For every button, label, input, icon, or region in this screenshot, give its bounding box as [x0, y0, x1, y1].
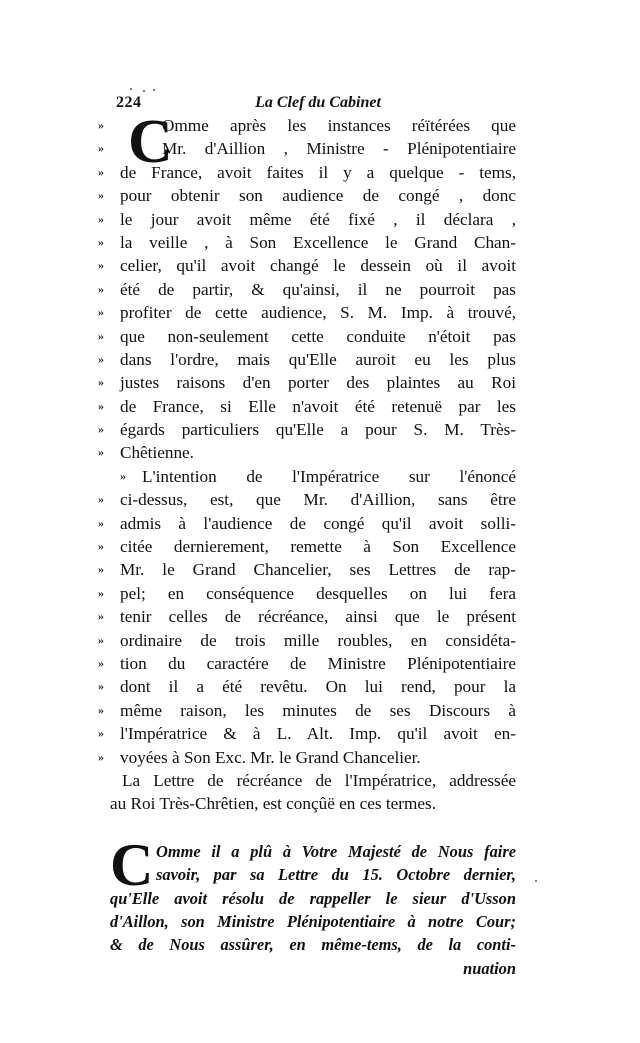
- quote-marker: »: [98, 161, 104, 184]
- text-line: »la veille , à Son Excellence le Grand C…: [120, 231, 516, 254]
- text-line: »Chêtienne.: [120, 441, 516, 464]
- scan-speck: [535, 880, 537, 882]
- text-line: »Mr. le Grand Chancelier, ses Lettres de…: [120, 558, 516, 581]
- text-line: »ordinaire de trois mille roubles, en co…: [120, 629, 516, 652]
- quote-marker: »: [98, 441, 104, 464]
- text-line: d'Aillon, son Ministre Plénipotentiaire …: [110, 910, 516, 933]
- first-passage: C »Omme après les instances réïtérées qu…: [120, 114, 516, 465]
- text-line: »même raison, les minutes de ses Discour…: [120, 699, 516, 722]
- quote-marker: »: [98, 114, 104, 137]
- text-line: »dans l'ordre, mais qu'Elle auroit eu le…: [120, 348, 516, 371]
- text-line: »justes raisons d'en porter des plaintes…: [120, 371, 516, 394]
- running-head: 224 La Clef du Cabinet: [120, 92, 516, 114]
- quote-marker: »: [98, 395, 104, 418]
- text-line: Omme il a plû à Votre Majesté de Nous fa…: [110, 840, 516, 863]
- letter-intro: La Lettre de récréance de l'Impératrice,…: [110, 769, 516, 816]
- text-line: »voyées à Son Exc. Mr. le Grand Chanceli…: [120, 746, 516, 769]
- text-line: »été de partir, & qu'ainsi, il ne pourro…: [120, 278, 516, 301]
- text-line: »dont il a été revêtu. On lui rend, pour…: [120, 675, 516, 698]
- second-passage: »L'intention de l'Impératrice sur l'énon…: [120, 465, 516, 769]
- quote-marker: »: [98, 325, 104, 348]
- quote-marker: »: [98, 418, 104, 441]
- text-line: »L'intention de l'Impératrice sur l'énon…: [120, 465, 516, 488]
- text-line: & de Nous assûrer, en même-tems, de la c…: [110, 933, 516, 956]
- text-line: »de France, si Elle n'avoit été retenuë …: [120, 395, 516, 418]
- text-line: »pour obtenir son audience de congé , do…: [120, 184, 516, 207]
- quote-marker: »: [98, 605, 104, 628]
- quote-marker: »: [98, 535, 104, 558]
- quote-marker: »: [98, 746, 104, 769]
- quote-marker: »: [98, 301, 104, 324]
- text-line: savoir, par sa Lettre du 15. Octobre der…: [110, 863, 516, 886]
- quote-marker: »: [98, 722, 104, 745]
- text-line: »le jour avoit même été fixé , il déclar…: [120, 208, 516, 231]
- quote-marker: »: [98, 371, 104, 394]
- text-line: »égards particuliers qu'Elle a pour S. M…: [120, 418, 516, 441]
- text-line: »de France, avoit faites il y a quelque …: [120, 161, 516, 184]
- text-line: »profiter de cette audience, S. M. Imp. …: [120, 301, 516, 324]
- quote-marker: »: [98, 558, 104, 581]
- quote-marker: »: [98, 184, 104, 207]
- quote-marker: »: [98, 629, 104, 652]
- text-line: »Omme après les instances réïtérées que: [120, 114, 516, 137]
- text-line: »que non-seulement cette conduite n'étoi…: [120, 325, 516, 348]
- running-title: La Clef du Cabinet: [120, 92, 516, 114]
- text-line: »admis à l'audience de congé qu'il avoit…: [120, 512, 516, 535]
- quote-marker: »: [98, 675, 104, 698]
- quote-marker: »: [120, 465, 126, 488]
- catchword: nuation: [110, 957, 516, 980]
- letter-text: C Omme il a plû à Votre Majesté de Nous …: [110, 840, 516, 980]
- text-line: »citée dernierement, remette à Son Excel…: [120, 535, 516, 558]
- quote-marker: »: [98, 254, 104, 277]
- text-line: La Lettre de récréance de l'Impératrice,…: [110, 769, 516, 792]
- quote-marker: »: [98, 512, 104, 535]
- text-line: »tion du caractére de Ministre Plénipote…: [120, 652, 516, 675]
- book-page: 224 La Clef du Cabinet C »Omme après les…: [120, 92, 516, 980]
- quote-marker: »: [98, 278, 104, 301]
- text-line: »Mr. d'Aillion , Ministre - Plénipotenti…: [120, 137, 516, 160]
- text-line: »pel; en conséquence desquelles on lui f…: [120, 582, 516, 605]
- scan-speck: [143, 90, 145, 92]
- quote-marker: »: [98, 208, 104, 231]
- quote-marker: »: [98, 699, 104, 722]
- text-line: au Roi Très-Chrêtien, est conçûë en ces …: [110, 792, 516, 815]
- scan-speck: [130, 88, 132, 90]
- quote-marker: »: [98, 137, 104, 160]
- text-line: »celier, qu'il avoit changé le dessein o…: [120, 254, 516, 277]
- quote-marker: »: [98, 582, 104, 605]
- scan-speck: [153, 89, 155, 91]
- quote-marker: »: [98, 348, 104, 371]
- text-line: »l'Impératrice & à L. Alt. Imp. qu'il av…: [120, 722, 516, 745]
- quote-marker: »: [98, 652, 104, 675]
- quote-marker: »: [98, 231, 104, 254]
- text-line: qu'Elle avoit résolu de rappeller le sie…: [110, 887, 516, 910]
- text-line: »tenir celles de récréance, ainsi que le…: [120, 605, 516, 628]
- quote-marker: »: [98, 488, 104, 511]
- text-line: »ci-dessus, est, que Mr. d'Aillion, sans…: [120, 488, 516, 511]
